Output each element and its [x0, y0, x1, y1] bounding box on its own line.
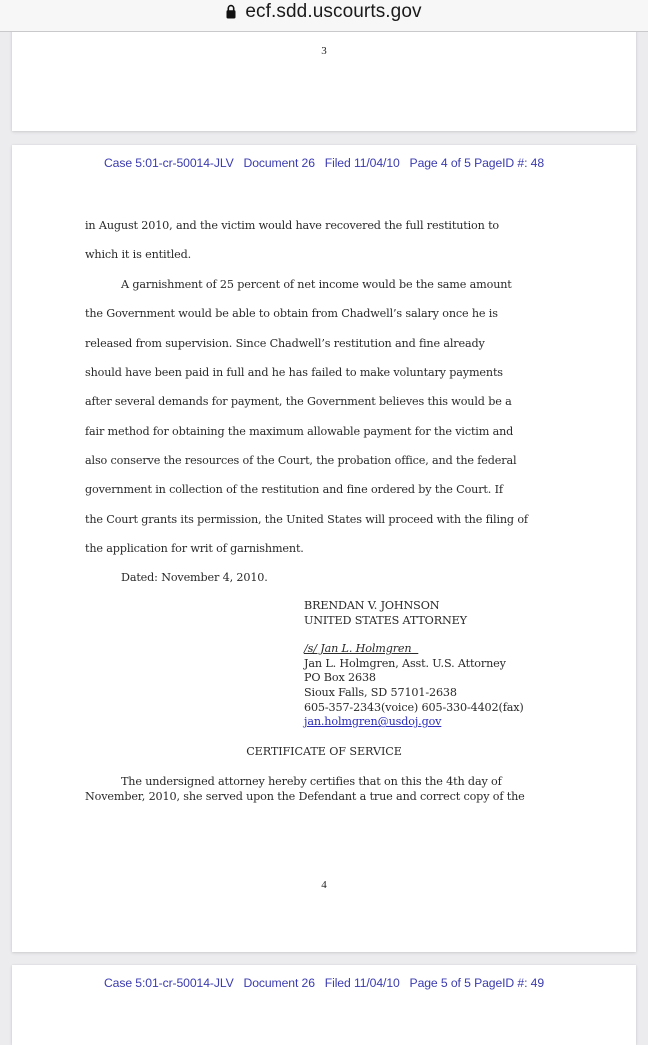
attorney-name: BRENDAN V. JOHNSON	[304, 599, 524, 614]
body-line: which it is entitled.	[85, 248, 191, 261]
page-number: 3	[12, 45, 636, 57]
body-line: the application for writ of garnishment.	[85, 542, 304, 555]
city-state-zip: Sioux Falls, SD 57101-2638	[304, 686, 524, 701]
body-line: should have been paid in full and he has…	[85, 366, 503, 379]
certificate-body: The undersigned attorney hereby certifie…	[85, 775, 565, 804]
pdf-page-4: Case 5:01-cr-50014-JLV Document 26 Filed…	[12, 145, 636, 952]
email-link[interactable]: jan.holmgren@usdoj.gov	[304, 715, 441, 728]
certificate-title: CERTIFICATE OF SERVICE	[12, 745, 636, 758]
attorney-title: UNITED STATES ATTORNEY	[304, 614, 524, 629]
signature-block: BRENDAN V. JOHNSON UNITED STATES ATTORNE…	[304, 599, 524, 730]
phone-fax: 605-357-2343(voice) 605-330-4402(fax)	[304, 701, 524, 716]
body-line: the Court grants its permission, the Uni…	[85, 513, 528, 526]
certificate-line: November, 2010, she served upon the Defe…	[85, 790, 565, 805]
signer-name: Jan L. Holmgren, Asst. U.S. Attorney	[304, 657, 524, 672]
url-text[interactable]: ecf.sdd.uscourts.gov	[245, 1, 421, 23]
body-line: released from supervision. Since Chadwel…	[85, 337, 485, 350]
pdf-page-5: Case 5:01-cr-50014-JLV Document 26 Filed…	[12, 965, 636, 1024]
dated-line: Dated: November 4, 2010.	[85, 571, 268, 584]
lock-icon	[226, 4, 236, 19]
body-line: the Government would be able to obtain f…	[85, 307, 498, 320]
body-line: fair method for obtaining the maximum al…	[85, 425, 513, 438]
body-line: in August 2010, and the victim would hav…	[85, 219, 499, 232]
electronic-signature: /s/ Jan L. Holmgren	[304, 642, 411, 655]
body-line: government in collection of the restitut…	[85, 483, 503, 496]
body-line: after several demands for payment, the G…	[85, 395, 512, 408]
case-header: Case 5:01-cr-50014-JLV Document 26 Filed…	[12, 976, 636, 990]
browser-url-bar[interactable]: ecf.sdd.uscourts.gov	[0, 0, 648, 32]
page-number: 4	[12, 879, 636, 891]
body-line: also conserve the resources of the Court…	[85, 454, 516, 467]
po-box: PO Box 2638	[304, 671, 524, 686]
certificate-line: The undersigned attorney hereby certifie…	[85, 775, 565, 790]
case-header: Case 5:01-cr-50014-JLV Document 26 Filed…	[12, 156, 636, 170]
body-line: A garnishment of 25 percent of net incom…	[85, 278, 512, 291]
